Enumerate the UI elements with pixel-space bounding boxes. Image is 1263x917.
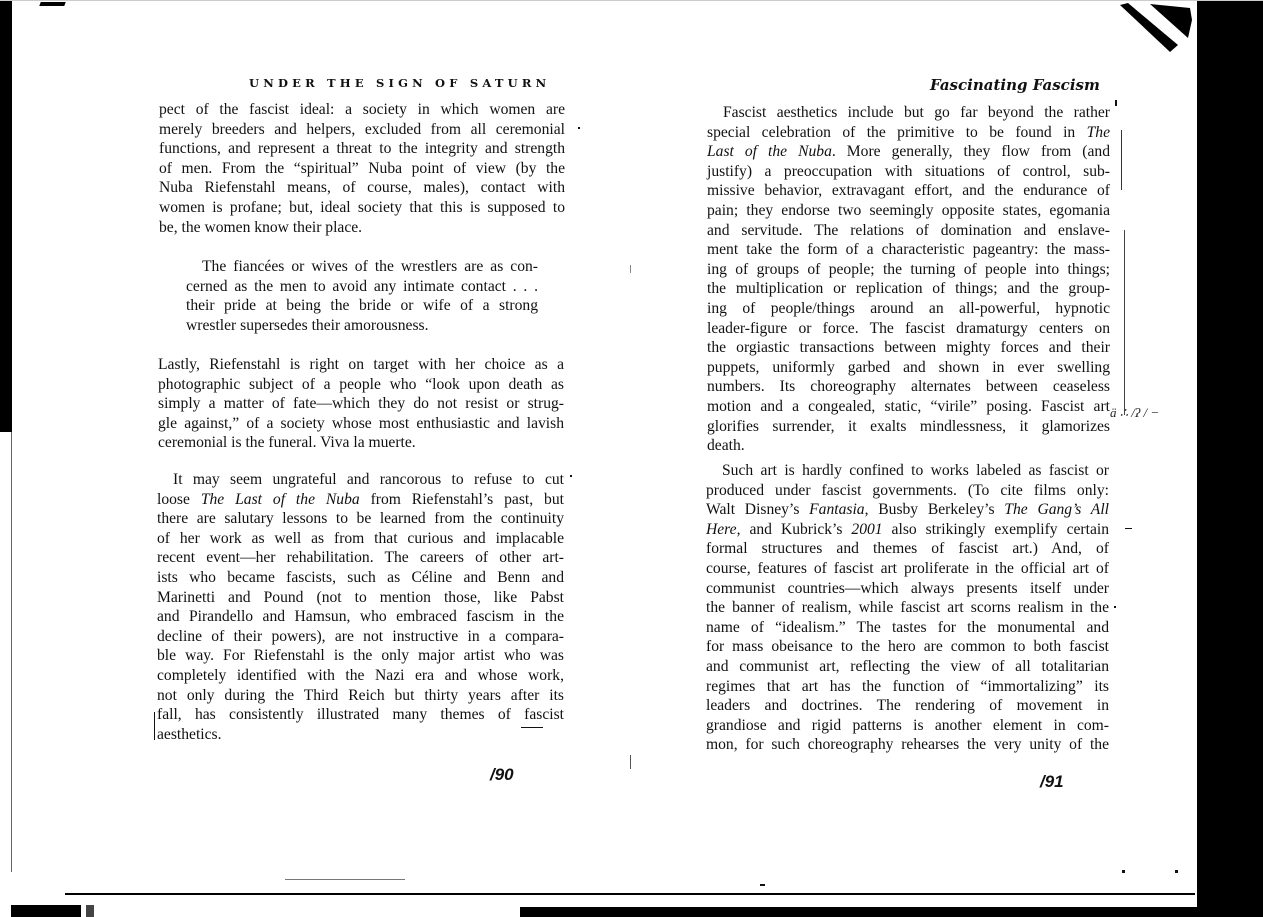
text-line: numbers. Its choreography alternates bet… (707, 377, 1110, 397)
scan-border-bottom-left (11, 905, 81, 917)
text-line: pain; they endorse two seemingly opposit… (707, 201, 1110, 221)
text-run: Walt Disney’s (706, 501, 809, 518)
text-line: and Pirandello and Hamsun, who embraced … (157, 607, 564, 627)
scan-edge-line-bottom-faint (285, 879, 405, 880)
text-line: ists who became fascists, such as Céline… (157, 568, 564, 588)
text-line: recent event—her rehabilitation. The car… (157, 548, 564, 568)
text-line: It may seem ungrateful and rancorous to … (157, 470, 564, 490)
text-line: decline of their powers), are not instru… (157, 627, 564, 647)
page-number-right: /91 (1040, 772, 1064, 792)
text-run: from Riefenstahl’s past, but (360, 491, 564, 508)
text-line: women is profane; but, ideal society tha… (159, 198, 565, 218)
text-line: regimes that art has the function of “im… (706, 677, 1109, 697)
text-line: special celebration of the primitive to … (707, 123, 1110, 143)
stray-dot (760, 884, 765, 886)
text-line: not only during the Third Reich but thir… (157, 686, 564, 706)
book-title-italic: Last of the Nuba (707, 143, 832, 160)
scan-border-left-line (11, 432, 12, 872)
text-line: ment take the form of a characteristic p… (707, 240, 1110, 260)
text-line: ble way. For Riefenstahl is the only maj… (157, 646, 564, 666)
text-line: functions, and represent a threat to the… (159, 139, 565, 159)
stray-mark (1125, 528, 1132, 529)
running-head-left: UNDER THE SIGN OF SATURN (249, 76, 550, 90)
stray-dot (578, 127, 580, 129)
stray-dot (570, 475, 572, 477)
text-line: pect of the fascist ideal: a society in … (159, 100, 565, 120)
text-line: completely identified with the Nazi era … (157, 666, 564, 686)
text-line: merely breeders and helpers, excluded fr… (159, 120, 565, 140)
handwritten-margin-note: ä ∴ /ʔ / − (1110, 405, 1180, 421)
text-line: gle against,” of a society whose most en… (158, 414, 564, 434)
text-line: fall, has consistently illustrated many … (157, 705, 564, 725)
text-line: leaders and doctrines. The rendering of … (706, 696, 1109, 716)
right-para-1: Fascist aesthetics include but go far be… (707, 103, 1110, 456)
text-run: special celebration of the primitive to … (707, 124, 1087, 141)
text-line: Here, and Kubrick’s 2001 also strikingly… (706, 520, 1109, 540)
text-line: aesthetics. (157, 725, 564, 745)
left-para-1: pect of the fascist ideal: a society in … (159, 100, 565, 237)
text-line: glorifies surrender, it exalts mindlessn… (707, 417, 1110, 437)
margin-bracket-mark (154, 712, 155, 740)
text-run: , Busby Berkeley’s (865, 501, 1005, 518)
text-line: Lastly, Riefenstahl is right on target w… (158, 355, 564, 375)
text-line: puppets, uniformly garbed and shown in e… (707, 358, 1110, 378)
left-blockquote: The fiancées or wives of the wrestlers a… (186, 257, 538, 335)
film-title-italic: Here (706, 521, 737, 538)
underline-mark (521, 727, 543, 728)
text-line: the orgiastic transactions between might… (707, 338, 1110, 358)
text-run: loose (157, 491, 201, 508)
text-run: . More generally, they flow from (and (832, 143, 1110, 160)
gutter-mark (630, 755, 631, 769)
text-line: death. (707, 436, 1110, 456)
text-line: ceremonial is the funeral. Viva la muert… (158, 433, 564, 453)
text-line: cerned as the men to avoid any intimate … (186, 277, 538, 297)
text-line: communist countries—which always present… (706, 579, 1109, 599)
film-title-italic: Fantasia (809, 501, 864, 518)
text-line: the banner of realism, while fascist art… (706, 598, 1109, 618)
text-line: their pride at being the bride or wife o… (186, 296, 538, 316)
text-line: Marinetti and Pound (not to mention thos… (157, 588, 564, 608)
text-line: missive behavior, extravagant effort, an… (707, 181, 1110, 201)
text-line: formal structures and themes of fascist … (706, 539, 1109, 559)
book-title-italic: The (1087, 124, 1110, 141)
text-line: leader-figure or force. The fascist dram… (707, 319, 1110, 339)
text-line: Fascist aesthetics include but go far be… (707, 103, 1110, 123)
scan-corner-top-left-smudge (39, 2, 65, 6)
text-line: Last of the Nuba. More generally, they f… (707, 142, 1110, 162)
margin-pencil-line (1124, 230, 1125, 415)
stray-dot (1122, 870, 1125, 873)
text-line: produced under fascist governments. (To … (706, 481, 1109, 501)
scan-edge-top-line (0, 0, 1263, 1)
film-title-italic: The Gang’s All (1004, 501, 1109, 518)
text-run: , and Kubrick’s (737, 521, 852, 538)
right-para-2: Such art is hardly confined to works lab… (706, 461, 1109, 755)
text-line: ing of groups of people; the turning of … (707, 260, 1110, 280)
scan-border-right (1197, 0, 1263, 917)
text-line: the multiplication or replication of thi… (707, 279, 1110, 299)
scan-border-left (0, 0, 12, 432)
stray-mark (1115, 100, 1117, 106)
text-line: there are salutary lessons to be learned… (157, 509, 564, 529)
text-line: and communist art, reflecting the view o… (706, 657, 1109, 677)
text-line: of men. From the “spiritual” Nuba point … (159, 159, 565, 179)
text-line: ing of people/things around an all-power… (707, 299, 1110, 319)
text-run: also strikingly exemplify certain (883, 521, 1109, 538)
film-title-italic: 2001 (851, 521, 882, 538)
running-head-right: Fascinating Fascism (930, 76, 1100, 94)
text-line: grandiose and rigid patterns is another … (706, 716, 1109, 736)
gutter-mark (630, 265, 631, 273)
margin-pencil-line (1121, 130, 1122, 190)
scan-corner-fold-top-right (1110, 0, 1200, 60)
text-line: motion and a congealed, static, “virile”… (707, 397, 1110, 417)
left-para-2: Lastly, Riefenstahl is right on target w… (158, 355, 564, 453)
stray-dot (1114, 606, 1116, 608)
text-line: loose The Last of the Nuba from Riefenst… (157, 490, 564, 510)
book-title-italic: The Last of the Nuba (201, 491, 360, 508)
text-line: The fiancées or wives of the wrestlers a… (186, 257, 538, 277)
text-line: Walt Disney’s Fantasia, Busby Berkeley’s… (706, 500, 1109, 520)
text-line: Nuba Riefenstahl means, of course, males… (159, 178, 565, 198)
text-line: be, the women know their place. (159, 218, 565, 238)
text-line: wrestler supersedes their amorousness. (186, 316, 538, 336)
text-line: name of “idealism.” The tastes for the m… (706, 618, 1109, 638)
text-line: justify) a preoccupation with situations… (707, 162, 1110, 182)
text-line: Such art is hardly confined to works lab… (706, 461, 1109, 481)
text-line: photographic subject of a people who “lo… (158, 375, 564, 395)
scan-border-bottom-mark (86, 905, 94, 917)
text-line: course, features of fascist art prolifer… (706, 559, 1109, 579)
scan-edge-line-bottom (65, 893, 1195, 895)
text-line: simply a matter of fate—which they do no… (158, 394, 564, 414)
page-number-left: /90 (490, 765, 514, 785)
text-line: mon, for such choreography rehearses the… (706, 735, 1109, 755)
text-line: for mass obeisance to the hero are commo… (706, 637, 1109, 657)
left-para-3: It may seem ungrateful and rancorous to … (157, 470, 564, 744)
scan-border-bottom-right (520, 907, 1263, 917)
stray-dot (1175, 870, 1178, 873)
text-line: of her work as well as from that curious… (157, 529, 564, 549)
text-line: and servitude. The relations of dominati… (707, 221, 1110, 241)
